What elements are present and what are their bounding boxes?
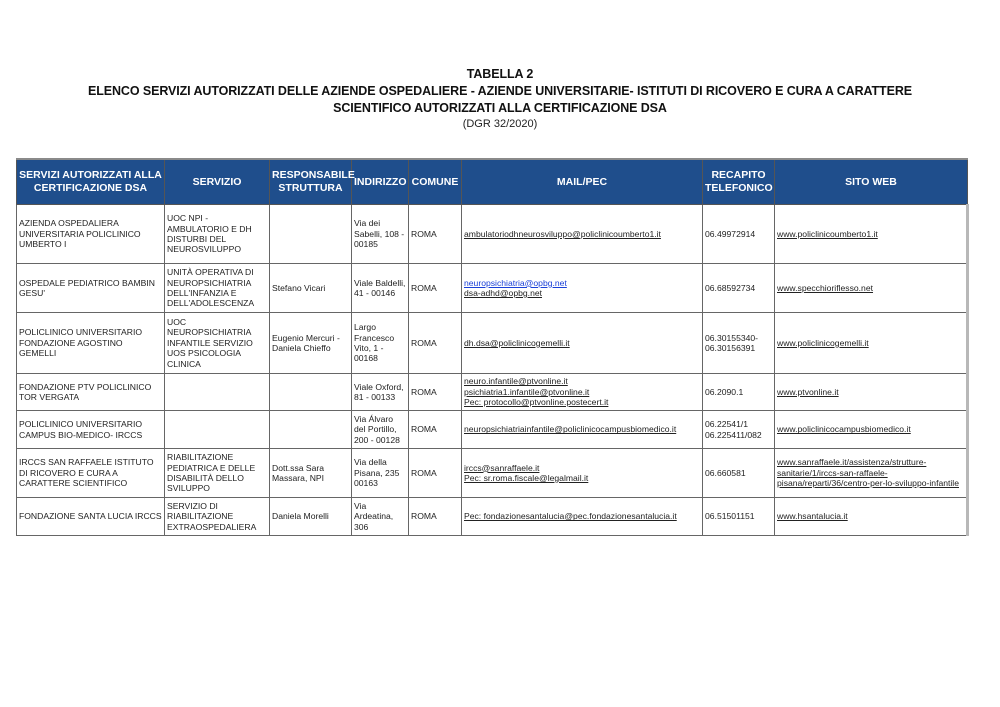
column-header-telefono: RECAPITO TELEFONICO: [703, 159, 775, 205]
cell-sito: www.hsantalucia.it: [775, 498, 968, 536]
cell-sito: www.sanraffaele.it/assistenza/strutture-…: [775, 449, 968, 498]
cell-struttura: OSPEDALE PEDIATRICO BAMBIN GESU': [17, 264, 165, 313]
cell-comune: ROMA: [409, 264, 462, 313]
column-header-indirizzo: INDIRIZZO: [352, 159, 409, 205]
cell-servizio: [165, 411, 270, 449]
table-header-row: SERVIZI AUTORIZZATI ALLA CERTIFICAZIONE …: [17, 159, 968, 205]
cell-sito: www.policlinicocampusbiomedico.it: [775, 411, 968, 449]
email-link[interactable]: Pec: sr.roma.fiscale@legalmail.it: [464, 473, 700, 483]
cell-responsabile: [270, 205, 352, 264]
email-link[interactable]: irccs@sanraffaele.it: [464, 463, 700, 473]
cell-comune: ROMA: [409, 411, 462, 449]
cell-indirizzo: Via della Pisana, 235 00163: [352, 449, 409, 498]
cell-indirizzo: Viale Baldelli, 41 - 00146: [352, 264, 409, 313]
cell-servizio: RIABILITAZIONE PEDIATRICA E DELLE DISABI…: [165, 449, 270, 498]
table-row: POLICLINICO UNIVERSITARIO FONDAZIONE AGO…: [17, 313, 968, 374]
cell-comune: ROMA: [409, 498, 462, 536]
table-row: FONDAZIONE SANTA LUCIA IRCCSSERVIZIO DI …: [17, 498, 968, 536]
cell-responsabile: Dott.ssa Sara Massara, NPI: [270, 449, 352, 498]
table-row: POLICLINICO UNIVERSITARIO CAMPUS BIO-MED…: [17, 411, 968, 449]
email-link[interactable]: Pec: protocollo@ptvonline.postecert.it: [464, 397, 700, 407]
cell-comune: ROMA: [409, 449, 462, 498]
website-link[interactable]: www.sanraffaele.it/assistenza/strutture-…: [777, 457, 959, 488]
cell-comune: ROMA: [409, 374, 462, 411]
cell-struttura: FONDAZIONE SANTA LUCIA IRCCS: [17, 498, 165, 536]
column-header-comune: COMUNE: [409, 159, 462, 205]
cell-responsabile: Stefano Vicari: [270, 264, 352, 313]
cell-servizio: [165, 374, 270, 411]
services-table: SERVIZI AUTORIZZATI ALLA CERTIFICAZIONE …: [16, 158, 969, 536]
cell-mail: dh.dsa@policlinicogemelli.it: [462, 313, 703, 374]
cell-indirizzo: Via dei Sabelli, 108 - 00185: [352, 205, 409, 264]
cell-mail: neuro.infantile@ptvonline.itpsichiatria1…: [462, 374, 703, 411]
cell-mail: irccs@sanraffaele.itPec: sr.roma.fiscale…: [462, 449, 703, 498]
cell-responsabile: Eugenio Mercuri - Daniela Chieffo: [270, 313, 352, 374]
website-link[interactable]: www.hsantalucia.it: [777, 511, 848, 521]
cell-comune: ROMA: [409, 313, 462, 374]
column-header-struttura: SERVIZI AUTORIZZATI ALLA CERTIFICAZIONE …: [17, 159, 165, 205]
document-header: TABELLA 2 ELENCO SERVIZI AUTORIZZATI DEL…: [0, 66, 1000, 131]
cell-mail: ambulatoriodhneurosviluppo@policlinicoum…: [462, 205, 703, 264]
cell-indirizzo: Largo Francesco Vito, 1 - 00168: [352, 313, 409, 374]
email-link[interactable]: Pec: fondazionesantalucia@pec.fondazione…: [464, 511, 700, 521]
cell-struttura: POLICLINICO UNIVERSITARIO FONDAZIONE AGO…: [17, 313, 165, 374]
document-title: TABELLA 2: [0, 66, 1000, 83]
cell-indirizzo: Via Ardeatina, 306: [352, 498, 409, 536]
website-link[interactable]: www.policlinicogemelli.it: [777, 338, 869, 348]
website-link[interactable]: www.specchioriflesso.net: [777, 283, 873, 293]
table-row: OSPEDALE PEDIATRICO BAMBIN GESU'UNITÀ OP…: [17, 264, 968, 313]
cell-sito: www.specchioriflesso.net: [775, 264, 968, 313]
document-reference: (DGR 32/2020): [0, 117, 1000, 131]
cell-responsabile: [270, 374, 352, 411]
cell-struttura: FONDAZIONE PTV POLICLINICO TOR VERGATA: [17, 374, 165, 411]
website-link[interactable]: www.policlinicoumberto1.it: [777, 229, 878, 239]
cell-telefono: 06.2090.1: [703, 374, 775, 411]
email-link[interactable]: neuropsichiatriainfantile@policlinicocam…: [464, 424, 700, 434]
cell-sito: www.policlinicogemelli.it: [775, 313, 968, 374]
column-header-sito: SITO WEB: [775, 159, 968, 205]
email-link[interactable]: dh.dsa@policlinicogemelli.it: [464, 338, 700, 348]
cell-responsabile: [270, 411, 352, 449]
cell-sito: www.ptvonline.it: [775, 374, 968, 411]
table-row: IRCCS SAN RAFFAELE ISTITUTO DI RICOVERO …: [17, 449, 968, 498]
cell-telefono: 06.51501151: [703, 498, 775, 536]
cell-indirizzo: Via Álvaro del Portillo, 200 - 00128: [352, 411, 409, 449]
cell-struttura: IRCCS SAN RAFFAELE ISTITUTO DI RICOVERO …: [17, 449, 165, 498]
cell-telefono: 06.660581: [703, 449, 775, 498]
cell-mail: neuropsichiatria@opbg.netdsa-adhd@opbg.n…: [462, 264, 703, 313]
column-header-responsabile: RESPONSABILE STRUTTURA: [270, 159, 352, 205]
email-link[interactable]: neuropsichiatria@opbg.net: [464, 278, 700, 288]
document-subtitle: ELENCO SERVIZI AUTORIZZATI DELLE AZIENDE…: [0, 83, 1000, 117]
column-header-servizio: SERVIZIO: [165, 159, 270, 205]
table-row: AZIENDA OSPEDALIERA UNIVERSITARIA POLICL…: [17, 205, 968, 264]
cell-servizio: SERVIZIO DI RIABILITAZIONE EXTRAOSPEDALI…: [165, 498, 270, 536]
cell-struttura: AZIENDA OSPEDALIERA UNIVERSITARIA POLICL…: [17, 205, 165, 264]
cell-responsabile: Daniela Morelli: [270, 498, 352, 536]
cell-servizio: UOC NEUROPSICHIATRIA INFANTILE SERVIZIO …: [165, 313, 270, 374]
cell-sito: www.policlinicoumberto1.it: [775, 205, 968, 264]
cell-indirizzo: Viale Oxford, 81 - 00133: [352, 374, 409, 411]
cell-telefono: 06.30155340-06.30156391: [703, 313, 775, 374]
cell-mail: Pec: fondazionesantalucia@pec.fondazione…: [462, 498, 703, 536]
email-link[interactable]: dsa-adhd@opbg.net: [464, 288, 700, 298]
cell-servizio: UOC NPI - AMBULATORIO E DH DISTURBI DEL …: [165, 205, 270, 264]
cell-telefono: 06.68592734: [703, 264, 775, 313]
email-link[interactable]: psichiatria1.infantile@ptvonline.it: [464, 387, 700, 397]
column-header-mail: MAIL/PEC: [462, 159, 703, 205]
table-row: FONDAZIONE PTV POLICLINICO TOR VERGATAVi…: [17, 374, 968, 411]
cell-struttura: POLICLINICO UNIVERSITARIO CAMPUS BIO-MED…: [17, 411, 165, 449]
cell-telefono: 06.22541/1 06.225411/082: [703, 411, 775, 449]
cell-mail: neuropsichiatriainfantile@policlinicocam…: [462, 411, 703, 449]
cell-comune: ROMA: [409, 205, 462, 264]
website-link[interactable]: www.ptvonline.it: [777, 387, 839, 397]
cell-servizio: UNITÀ OPERATIVA DI NEUROPSICHIATRIA DELL…: [165, 264, 270, 313]
website-link[interactable]: www.policlinicocampusbiomedico.it: [777, 424, 911, 434]
email-link[interactable]: ambulatoriodhneurosviluppo@policlinicoum…: [464, 229, 700, 239]
cell-telefono: 06.49972914: [703, 205, 775, 264]
email-link[interactable]: neuro.infantile@ptvonline.it: [464, 376, 700, 386]
